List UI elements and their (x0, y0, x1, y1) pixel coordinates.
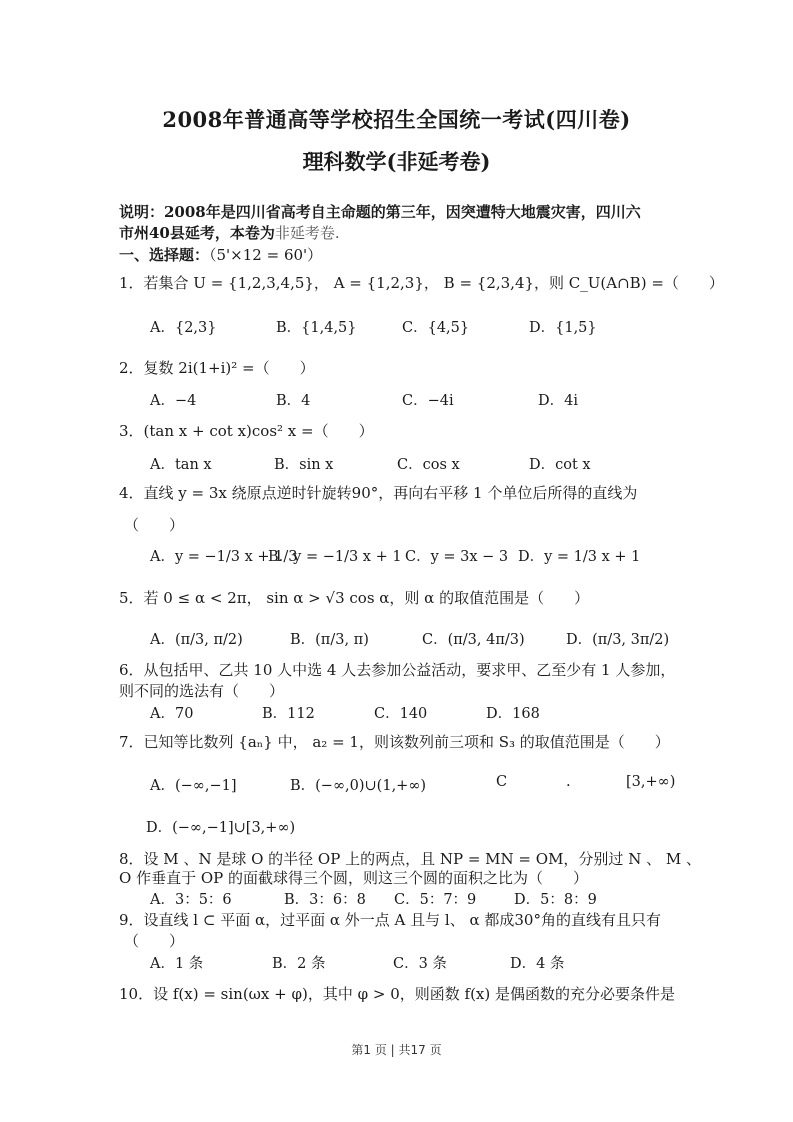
note-line-2: 市州40县延考，本卷为非延考卷. (119, 222, 340, 243)
q9-option-d: D．4 条 (510, 952, 564, 973)
q9-option-b: B．2 条 (272, 952, 326, 973)
page-footer: 第1 页 | 共17 页 (0, 1041, 793, 1058)
q6-option-c: C．140 (374, 702, 427, 723)
question-1-stem: 1．若集合 U = {1,2,3,4,5}， A = {1,2,3}， B = … (119, 272, 724, 293)
q6-option-b: B．112 (262, 702, 315, 723)
exam-title: 2008年普通高等学校招生全国统一考试(四川卷) (0, 104, 793, 134)
question-2-stem: 2．复数 2i(1+i)² =（ ） (119, 357, 315, 378)
q1-option-a: A．{2,3} (150, 316, 216, 337)
q2-option-a: A．−4 (150, 389, 196, 410)
section-scoring: （5'×12 = 60'） (209, 246, 322, 264)
q5-option-b: B．(π/3, π) (290, 628, 369, 649)
q4-option-c: C．y = 3x − 3 (405, 545, 508, 566)
question-5-stem: 5．若 0 ≤ α < 2π， sin α > √3 cos α，则 α 的取值… (119, 587, 589, 608)
question-8-stem-cont: O 作垂直于 OP 的面截球得三个圆，则这三个圆的面积之比为（ ） (119, 867, 588, 888)
q3-option-c: C．cos x (397, 453, 460, 474)
q9-option-a: A．1 条 (150, 952, 203, 973)
q7-option-d: D．(−∞,−1]∪[3,+∞) (146, 816, 295, 837)
q5-option-d: D．(π/3, 3π/2) (566, 628, 669, 649)
question-3-stem: 3．(tan x + cot x)cos² x =（ ） (119, 420, 374, 441)
question-4-stem-cont: （ ） (124, 514, 184, 535)
q7-option-a: A．(−∞,−1] (150, 774, 237, 795)
note-plain: 非延考卷. (275, 224, 340, 242)
section-heading: 一、选择题：（5'×12 = 60'） (119, 244, 322, 265)
exam-subtitle: 理科数学(非延考卷) (0, 146, 793, 176)
question-7-stem: 7．已知等比数列 {aₙ} 中， a₂ = 1，则该数列前三项和 S₃ 的取值范… (119, 731, 670, 752)
q1-option-c: C．{4,5} (402, 316, 469, 337)
section-title: 一、选择题： (119, 246, 209, 264)
q2-option-d: D．4i (538, 389, 578, 410)
q8-option-a: A．3：5：6 (150, 888, 232, 909)
q8-option-d: D．5：8：9 (514, 888, 597, 909)
q5-option-a: A．(π/3, π/2) (150, 628, 243, 649)
q7-option-c-value: [3,+∞) (626, 774, 675, 790)
question-6-stem-cont: 则不同的选法有（ ） (119, 680, 284, 701)
question-4-stem: 4．直线 y = 3x 绕原点逆时针旋转90°，再向右平移 1 个单位后所得的直… (119, 482, 637, 503)
q3-option-b: B．sin x (274, 453, 333, 474)
q5-option-c: C．(π/3, 4π/3) (422, 628, 525, 649)
q7-option-c-dot: . (566, 774, 571, 790)
question-8-stem: 8．设 M 、N 是球 O 的半径 OP 上的两点，且 NP = MN = OM… (119, 848, 701, 869)
q3-option-a: A．tan x (150, 453, 212, 474)
note-bold: 市州40县延考，本卷为 (119, 224, 275, 242)
q1-option-d: D．{1,5} (529, 316, 597, 337)
q2-option-c: C．−4i (402, 389, 454, 410)
q4-option-d: D．y = 1/3 x + 1 (518, 545, 640, 566)
question-10-stem: 10．设 f(x) = sin(ωx + φ)，其中 φ > 0，则函数 f(x… (119, 983, 675, 1004)
q3-option-d: D．cot x (529, 453, 591, 474)
q2-option-b: B．4 (276, 389, 310, 410)
q7-option-b: B．(−∞,0)∪(1,+∞) (290, 774, 426, 795)
q8-option-b: B．3：6：8 (284, 888, 366, 909)
question-9-stem: 9．设直线 l ⊂ 平面 α，过平面 α 外一点 A 且与 l、 α 都成30°… (119, 909, 661, 930)
q6-option-d: D．168 (486, 702, 540, 723)
q6-option-a: A．70 (150, 702, 193, 723)
q4-option-b: B．y = −1/3 x + 1 (268, 545, 402, 566)
note-line-1: 说明：2008年是四川省高考自主命题的第三年，因突遭特大地震灾害，四川六 (119, 201, 641, 222)
q7-option-c-label: C (496, 774, 507, 790)
question-9-stem-cont: （ ） (124, 930, 184, 951)
question-6-stem: 6．从包括甲、乙共 10 人中选 4 人去参加公益活动，要求甲、乙至少有 1 人… (119, 659, 675, 680)
q8-option-c: C．5：7：9 (394, 888, 476, 909)
q1-option-b: B．{1,4,5} (276, 316, 357, 337)
q9-option-c: C．3 条 (393, 952, 447, 973)
